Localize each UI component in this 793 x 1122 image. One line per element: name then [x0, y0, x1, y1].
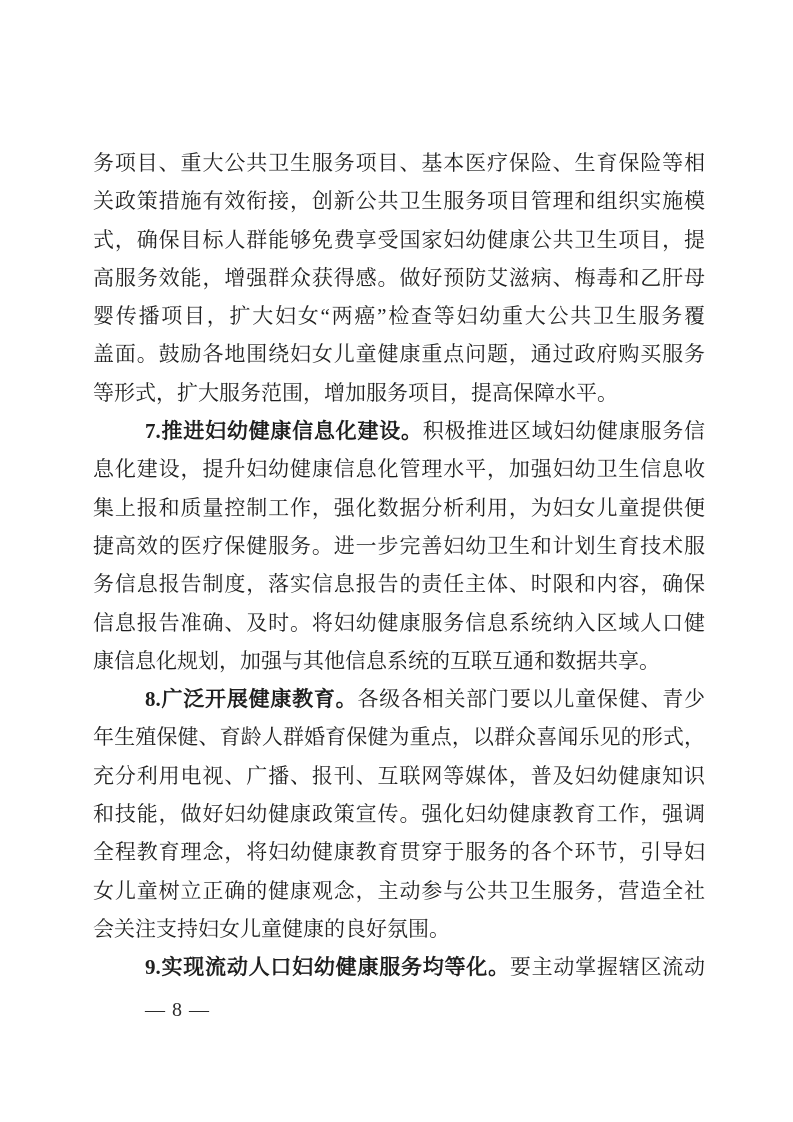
text-line: 式，确保目标人群能够免费享受国家妇幼健康公共卫生项目，提 — [93, 221, 705, 259]
text-line: 捷高效的医疗保健服务。进一步完善妇幼卫生和计划生育技术服 — [93, 527, 705, 565]
text-line: 全程教育理念，将妇幼健康教育贯穿于服务的各个环节，引导妇 — [93, 833, 705, 871]
document-body: 务项目、重大公共卫生服务项目、基本医疗保险、生育保险等相 关政策措施有效衔接，创… — [93, 144, 705, 987]
paragraph-8-heading: 8.广泛开展健康教育。 — [145, 687, 357, 711]
text-line-paragraph-start: 8.广泛开展健康教育。各级各相关部门要以儿童保健、青少 — [93, 680, 705, 718]
paragraph-7-text: 积极推进区域妇幼健康服务信 — [423, 419, 705, 443]
text-line: 年生殖保健、育龄人群婚育保健为重点，以群众喜闻乐见的形式， — [93, 718, 705, 756]
page-number: — 8 — — [145, 998, 210, 1022]
paragraph-9-text: 要主动掌握辖区流动 — [510, 955, 705, 979]
text-line: 务信息报告制度，落实信息报告的责任主体、时限和内容，确保 — [93, 565, 705, 603]
text-line: 康信息化规划，加强与其他信息系统的互联互通和数据共享。 — [93, 642, 705, 680]
text-line: 充分利用电视、广播、报刊、互联网等媒体，普及妇幼健康知识 — [93, 757, 705, 795]
text-line: 会关注支持妇女儿童健康的良好氛围。 — [93, 910, 705, 948]
text-line: 和技能，做好妇幼健康政策宣传。强化妇幼健康教育工作，强调 — [93, 795, 705, 833]
text-line: 等形式，扩大服务范围，增加服务项目，提高保障水平。 — [93, 374, 705, 412]
text-line: 女儿童树立正确的健康观念，主动参与公共卫生服务，营造全社 — [93, 872, 705, 910]
text-line: 关政策措施有效衔接，创新公共卫生服务项目管理和组织实施模 — [93, 182, 705, 220]
text-line: 婴传播项目，扩大妇女“两癌”检查等妇幼重大公共卫生服务覆 — [93, 297, 705, 335]
text-line: 息化建设，提升妇幼健康信息化管理水平，加强妇幼卫生信息收 — [93, 450, 705, 488]
text-line-paragraph-start: 9.实现流动人口妇幼健康服务均等化。要主动掌握辖区流动 — [93, 948, 705, 986]
document-page: 务项目、重大公共卫生服务项目、基本医疗保险、生育保险等相 关政策措施有效衔接，创… — [0, 0, 793, 1122]
text-line: 盖面。鼓励各地围绕妇女儿童健康重点问题，通过政府购买服务 — [93, 335, 705, 373]
text-line: 信息报告准确、及时。将妇幼健康服务信息系统纳入区域人口健 — [93, 604, 705, 642]
text-line: 高服务效能，增强群众获得感。做好预防艾滋病、梅毒和乙肝母 — [93, 259, 705, 297]
text-line: 务项目、重大公共卫生服务项目、基本医疗保险、生育保险等相 — [93, 144, 705, 182]
paragraph-9-heading: 9.实现流动人口妇幼健康服务均等化。 — [145, 955, 510, 979]
paragraph-7-heading: 7.推进妇幼健康信息化建设。 — [145, 419, 423, 443]
paragraph-8-text: 各级各相关部门要以儿童保健、青少 — [357, 687, 705, 711]
text-line: 集上报和质量控制工作，强化数据分析利用，为妇女儿童提供便 — [93, 489, 705, 527]
text-line-paragraph-start: 7.推进妇幼健康信息化建设。积极推进区域妇幼健康服务信 — [93, 412, 705, 450]
